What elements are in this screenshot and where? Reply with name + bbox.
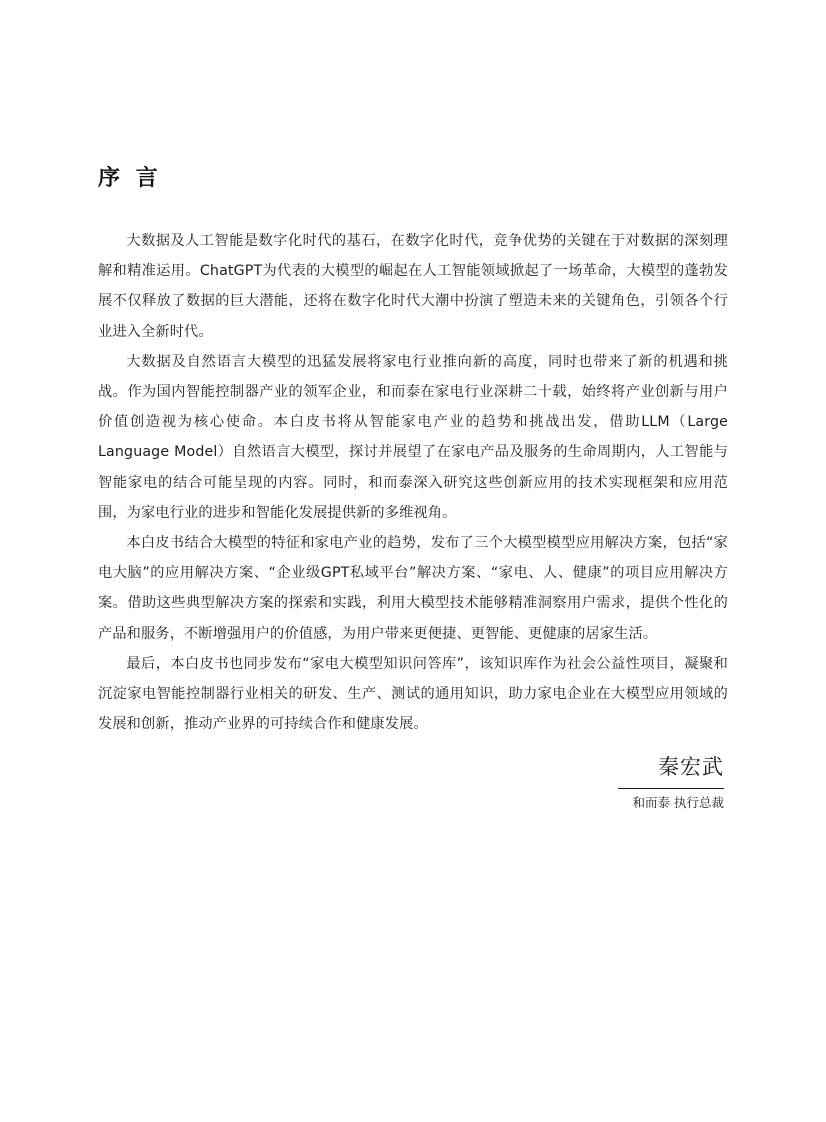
- paragraph-4: 最后，本白皮书也同步发布“家电大模型知识问答库”，该知识库作为社会公益性项目，凝…: [98, 649, 728, 740]
- preface-body: 大数据及人工智能是数字化时代的基石，在数字化时代，竞争优势的关键在于对数据的深刻…: [98, 226, 728, 739]
- document-page: 序 言 大数据及人工智能是数字化时代的基石，在数字化时代，竞争优势的关键在于对数…: [0, 0, 826, 1122]
- signature-block: 秦宏武 和而泰 执行总裁: [618, 752, 724, 811]
- page-title: 序 言: [98, 164, 162, 194]
- paragraph-1: 大数据及人工智能是数字化时代的基石，在数字化时代，竞争优势的关键在于对数据的深刻…: [98, 226, 728, 347]
- signature-title: 和而泰 执行总裁: [618, 795, 724, 811]
- paragraph-2: 大数据及自然语言大模型的迅猛发展将家电行业推向新的高度，同时也带来了新的机遇和挑…: [98, 347, 728, 528]
- signature-divider: [618, 788, 724, 789]
- signature-name: 秦宏武: [618, 752, 724, 782]
- paragraph-3: 本白皮书结合大模型的特征和家电产业的趋势，发布了三个大模型模型应用解决方案，包括…: [98, 528, 728, 649]
